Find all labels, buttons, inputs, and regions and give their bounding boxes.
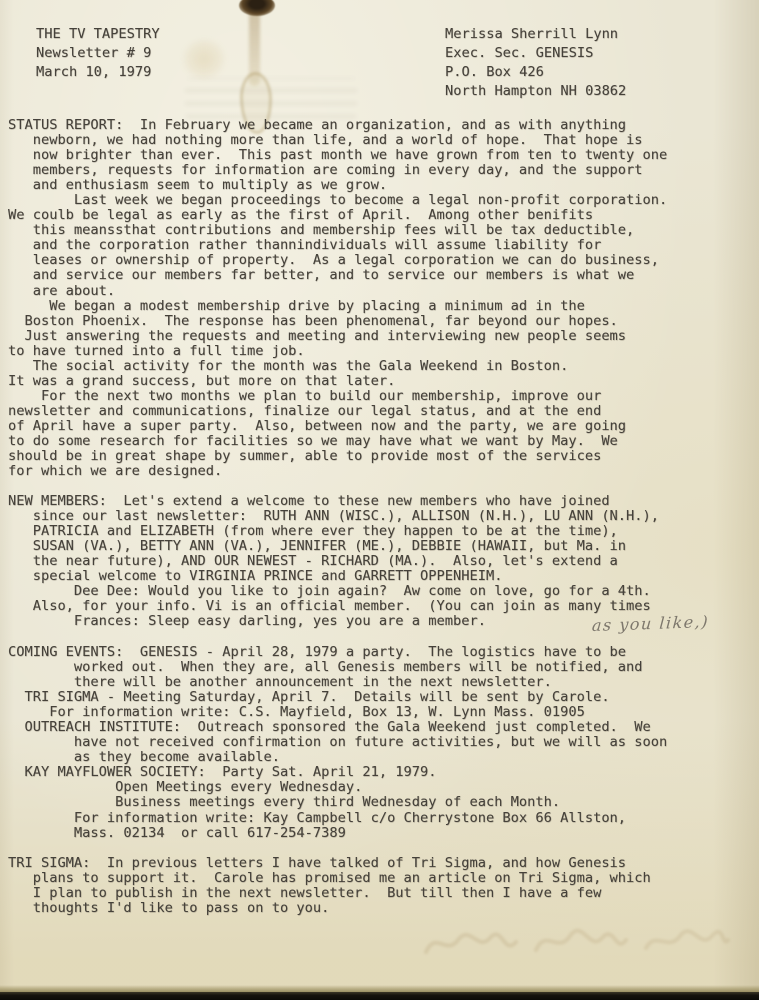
handwritten-annotation: as you like,) [591, 612, 709, 635]
scanned-newsletter-page: THE TV TAPESTRY Newsletter # 9 March 10,… [0, 0, 759, 1000]
scan-background-strip [0, 992, 759, 1000]
section-tri-sigma: TRI SIGMA: In previous letters I have ta… [8, 856, 651, 916]
section-coming-events: COMING EVENTS: GENESIS - April 28, 1979 … [8, 645, 667, 841]
masthead-contact-block: Merissa Sherrill Lynn Exec. Sec. GENESIS… [445, 25, 626, 101]
page-bottom-edge [0, 985, 759, 992]
signature-bleedthrough [420, 922, 732, 968]
paper-stain-blob [239, 0, 275, 16]
paper-stain-patch [184, 40, 224, 78]
section-status-report: STATUS REPORT: In February we became an … [8, 118, 667, 479]
ink-bleedthrough-smudge [185, 78, 357, 118]
section-new-members: NEW MEMBERS: Let's extend a welcome to t… [8, 494, 659, 629]
masthead-title-block: THE TV TAPESTRY Newsletter # 9 March 10,… [36, 25, 160, 82]
